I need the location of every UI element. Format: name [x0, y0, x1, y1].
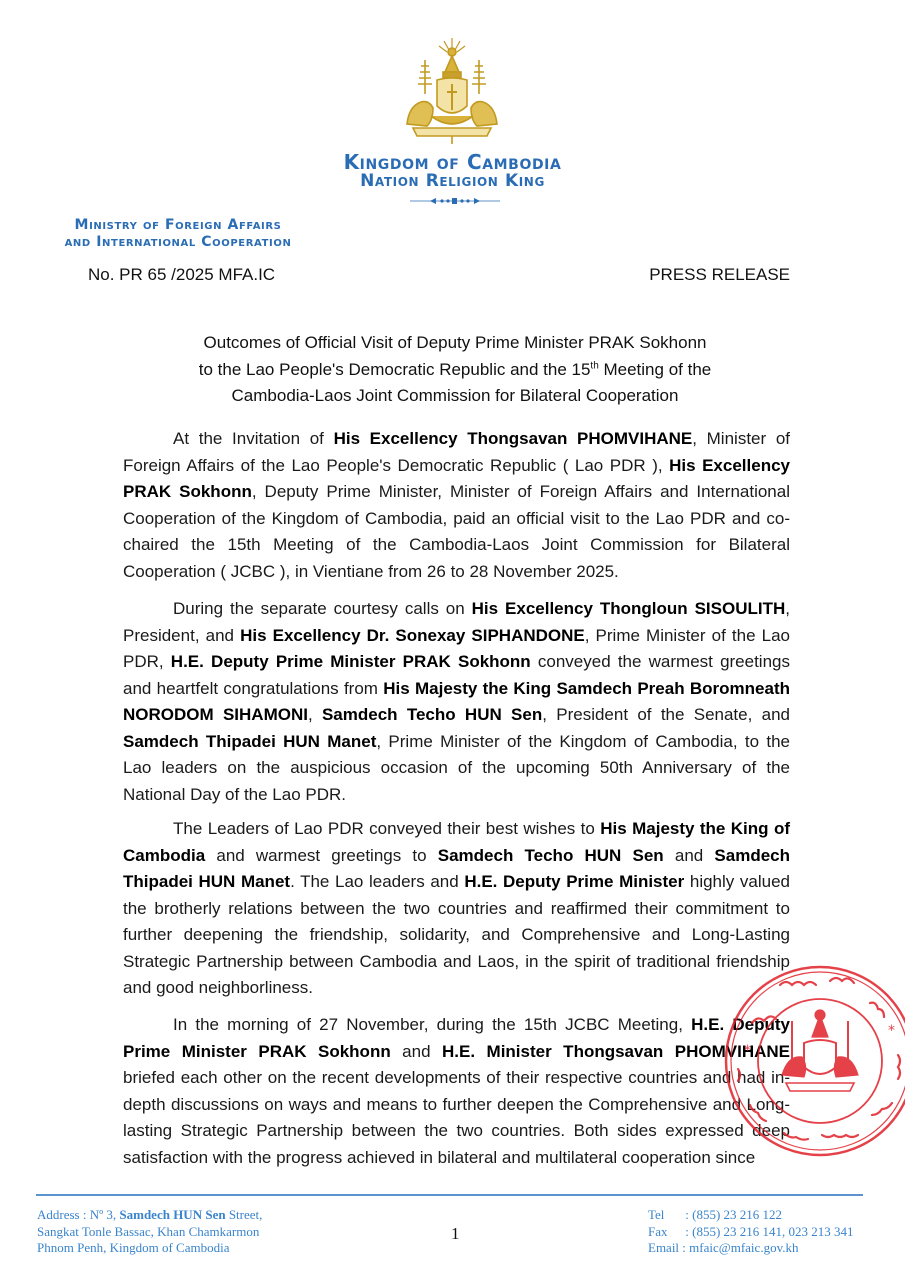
emphasized-name: His Excellency Thongsavan PHOMVIHANE [334, 429, 693, 448]
paragraph-4: In the morning of 27 November, during th… [123, 1012, 790, 1171]
footer-tel: Tel : (855) 23 216 122 [648, 1207, 854, 1224]
title-line-1: Outcomes of Official Visit of Deputy Pri… [120, 330, 790, 357]
reference-number: No. PR 65 /2025 MFA.IC [88, 265, 275, 285]
title-line-2: to the Lao People's Democratic Republic … [120, 357, 790, 384]
emphasized-name: Samdech Thipadei HUN Manet [123, 732, 376, 751]
emphasized-name: His Excellency Thongloun SISOULITH [472, 599, 786, 618]
royal-arms-of-cambodia-icon [397, 36, 507, 146]
paragraph-text: At the Invitation of [173, 429, 334, 448]
paragraph-text: The Leaders of Lao PDR conveyed their be… [173, 819, 600, 838]
footer-email[interactable]: Email : mfaic@mfaic.gov.kh [648, 1240, 854, 1257]
emphasized-name: H.E. Deputy Prime Minister PRAK Sokhonn [171, 652, 531, 671]
paragraph-text: , President of the Senate, and [542, 705, 790, 724]
paragraph-text: , [308, 705, 322, 724]
paragraph-text: and [664, 846, 715, 865]
paragraph-text: In the morning of 27 November, during th… [173, 1015, 691, 1034]
paragraph-text: . The Lao leaders and [290, 872, 464, 891]
emphasized-name: Samdech Techo HUN Sen [322, 705, 542, 724]
paragraph-text: and warmest greetings to [205, 846, 438, 865]
press-release-title: Outcomes of Official Visit of Deputy Pri… [120, 330, 790, 410]
paragraph-1: At the Invitation of His Excellency Thon… [123, 426, 790, 585]
footer-fax: Fax : (855) 23 216 141, 023 213 341 [648, 1224, 854, 1241]
paragraph-text: and [391, 1042, 442, 1061]
paragraph-text: briefed each other on the recent develop… [123, 1068, 790, 1167]
paragraph-text: During the separate courtesy calls on [173, 599, 472, 618]
paragraph-2: During the separate courtesy calls on Hi… [123, 596, 790, 808]
decorative-divider-icon [410, 196, 500, 206]
page-number: 1 [451, 1224, 460, 1244]
footer-address: Address : Nº 3, Samdech HUN Sen Street, … [37, 1207, 262, 1257]
emphasized-name: H.E. Deputy Prime Minister [464, 872, 684, 891]
emphasized-name: Samdech Techo HUN Sen [438, 846, 664, 865]
motto-heading: Nation Religion King [0, 171, 905, 191]
paragraph-3: The Leaders of Lao PDR conveyed their be… [123, 816, 790, 1002]
ministry-name-line2: and International Cooperation [38, 234, 318, 250]
title-line-3: Cambodia-Laos Joint Commission for Bilat… [120, 383, 790, 410]
emphasized-name: H.E. Minister Thongsavan PHOMVIHANE [442, 1042, 790, 1061]
svg-text:*: * [888, 1023, 895, 1039]
footer-divider [36, 1194, 863, 1196]
ministry-name-line1: Ministry of Foreign Affairs [38, 217, 318, 233]
footer-contact: Tel : (855) 23 216 122 Fax : (855) 23 21… [648, 1207, 854, 1257]
document-type: PRESS RELEASE [649, 265, 790, 285]
emphasized-name: His Excellency Dr. Sonexay SIPHANDONE [240, 626, 585, 645]
